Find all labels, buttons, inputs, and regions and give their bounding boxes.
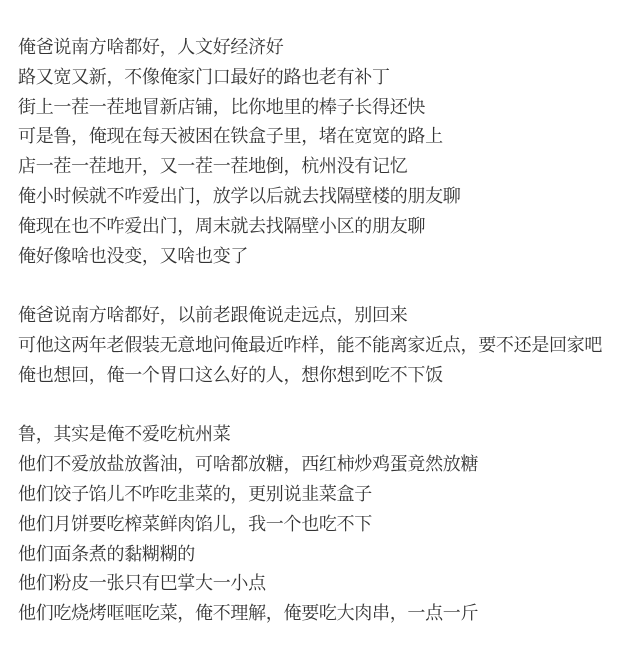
text-line: 俺爸说南方啥都好，人文好经济好 xyxy=(18,33,618,63)
text-line: 鲁，其实是俺不爱吃杭州菜 xyxy=(18,420,618,450)
text-line: 店一茬一茬地开，又一茬一茬地倒，杭州没有记忆 xyxy=(18,152,618,182)
text-line: 他们粉皮一张只有巴掌大一小点 xyxy=(18,569,618,599)
text-line: 可他这两年老假装无意地问俺最近咋样，能不能离家近点，要不还是回家吧 xyxy=(18,331,618,361)
text-line: 俺好像啥也没变，又啥也变了 xyxy=(18,242,618,272)
text-line: 他们不爱放盐放酱油，可啥都放糖，西红柿炒鸡蛋竟然放糖 xyxy=(18,450,618,480)
text-line: 他们面条煮的黏糊糊的 xyxy=(18,540,618,570)
text-line: 俺爸说南方啥都好，以前老跟俺说走远点，别回来 xyxy=(18,301,618,331)
text-line: 街上一茬一茬地冒新店铺，比你地里的棒子长得还快 xyxy=(18,93,618,123)
stanza-2: 俺爸说南方啥都好，以前老跟俺说走远点，别回来 可他这两年老假装无意地问俺最近咋样… xyxy=(18,301,618,390)
text-line: 他们吃烧烤哐哐吃菜，俺不理解，俺要吃大肉串，一点一斤 xyxy=(18,599,618,629)
text-line: 可是鲁，俺现在每天被困在铁盒子里，堵在宽宽的路上 xyxy=(18,122,618,152)
stanza-3: 鲁，其实是俺不爱吃杭州菜 他们不爱放盐放酱油，可啥都放糖，西红柿炒鸡蛋竟然放糖 … xyxy=(18,420,618,629)
text-line: 他们饺子馅儿不咋吃韭菜的，更别说韭菜盒子 xyxy=(18,480,618,510)
text-line: 俺也想回，俺一个胃口这么好的人，想你想到吃不下饭 xyxy=(18,361,618,391)
stanza-1: 俺爸说南方啥都好，人文好经济好 路又宽又新，不像俺家门口最好的路也老有补丁 街上… xyxy=(18,33,618,271)
text-line: 俺小时候就不咋爱出门，放学以后就去找隔壁楼的朋友聊 xyxy=(18,182,618,212)
poem-text: 俺爸说南方啥都好，人文好经济好 路又宽又新，不像俺家门口最好的路也老有补丁 街上… xyxy=(18,33,618,656)
text-line: 俺现在也不咋爱出门，周末就去找隔壁小区的朋友聊 xyxy=(18,212,618,242)
text-line: 他们月饼要吃榨菜鲜肉馅儿，我一个也吃不下 xyxy=(18,510,618,540)
text-line: 路又宽又新，不像俺家门口最好的路也老有补丁 xyxy=(18,63,618,93)
